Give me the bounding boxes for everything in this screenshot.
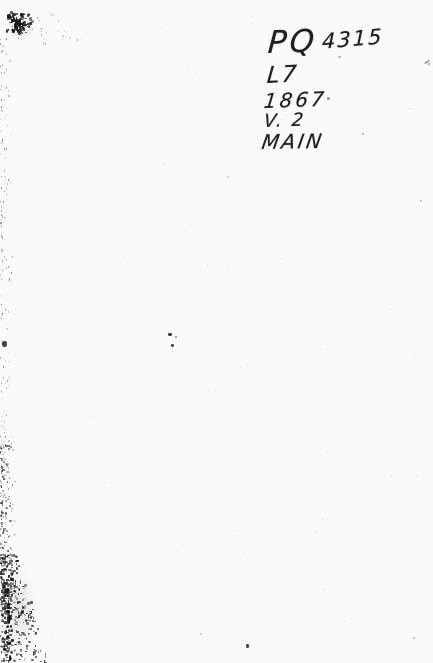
call-number-line-1: PQ4315 [267,21,385,61]
call-number-number: 4315 [322,24,384,53]
call-number: PQ4315 L7 1867 V. 2 MAIN [263,27,423,157]
call-number-classification: PQ [267,23,319,61]
scanned-page: PQ4315 L7 1867 V. 2 MAIN [0,0,433,663]
scan-smudge-bottom-left [0,552,42,663]
call-number-cutter: L7 [266,61,300,89]
call-number-location: MAIN [260,129,326,154]
scan-smudge-top-left [1,7,41,47]
